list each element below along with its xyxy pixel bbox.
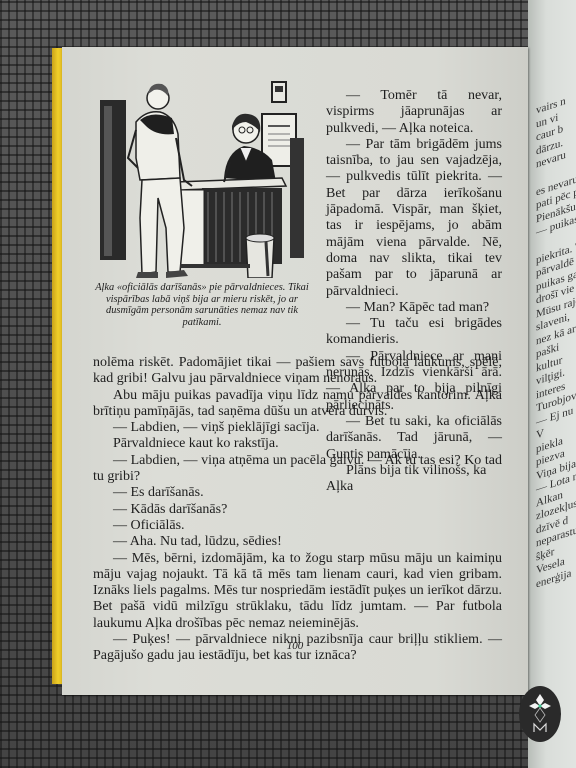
paragraph: — Tu taču esi brigādes komandieris. [326, 316, 502, 349]
paragraph: — Par tām brigādēm jums taisnība, to jau… [326, 137, 502, 300]
paragraph: — Man? Kāpēc tad man? [326, 300, 502, 316]
paragraph: — Mēs, bērni, izdomājām, ka to žogu star… [93, 551, 502, 632]
paragraph: Abu māju puikas pavadīja viņu līdz namu … [93, 388, 502, 421]
next-page-edge: vairs n un vi caur b dārzu. nevaru es ne… [528, 0, 576, 768]
paragraph: — Labdien, — viņš pieklājīgi sacīja. [93, 420, 502, 436]
illustration-caption: Aļka «oficiālās darīšanās» pie pārvaldni… [93, 282, 311, 328]
diamond-flower-m-logo-icon [519, 686, 561, 742]
paragraph: Pārvaldniece kaut ko rakstīja. [93, 436, 502, 452]
full-width-text: nolēma riskēt. Padomājiet tikai — pašiem… [93, 355, 502, 665]
paragraph: — Tomēr tā nevar, vispirms jāaprunājas a… [326, 88, 502, 137]
paragraph: nolēma riskēt. Padomājiet tikai — pašiem… [93, 355, 502, 388]
paragraph: — Labdien, — viņa atņēma un pacēla galvu… [93, 453, 502, 486]
book-page: Aļka «oficiālās darīšanās» pie pārvaldni… [62, 47, 528, 695]
paragraph: — Es darīšanās. [93, 485, 502, 501]
page-number: 100 [62, 640, 528, 652]
watermark-logo [519, 686, 561, 742]
paragraph: — Oficiālās. [93, 518, 502, 534]
paragraph: — Kādās darīšanās? [93, 502, 502, 518]
office-scene-illustration [96, 78, 306, 278]
next-page-text: vairs n un vi caur b dārzu. nevaru es ne… [536, 75, 576, 591]
paragraph: — Aha. Nu tad, lūdzu, sēdies! [93, 534, 502, 550]
